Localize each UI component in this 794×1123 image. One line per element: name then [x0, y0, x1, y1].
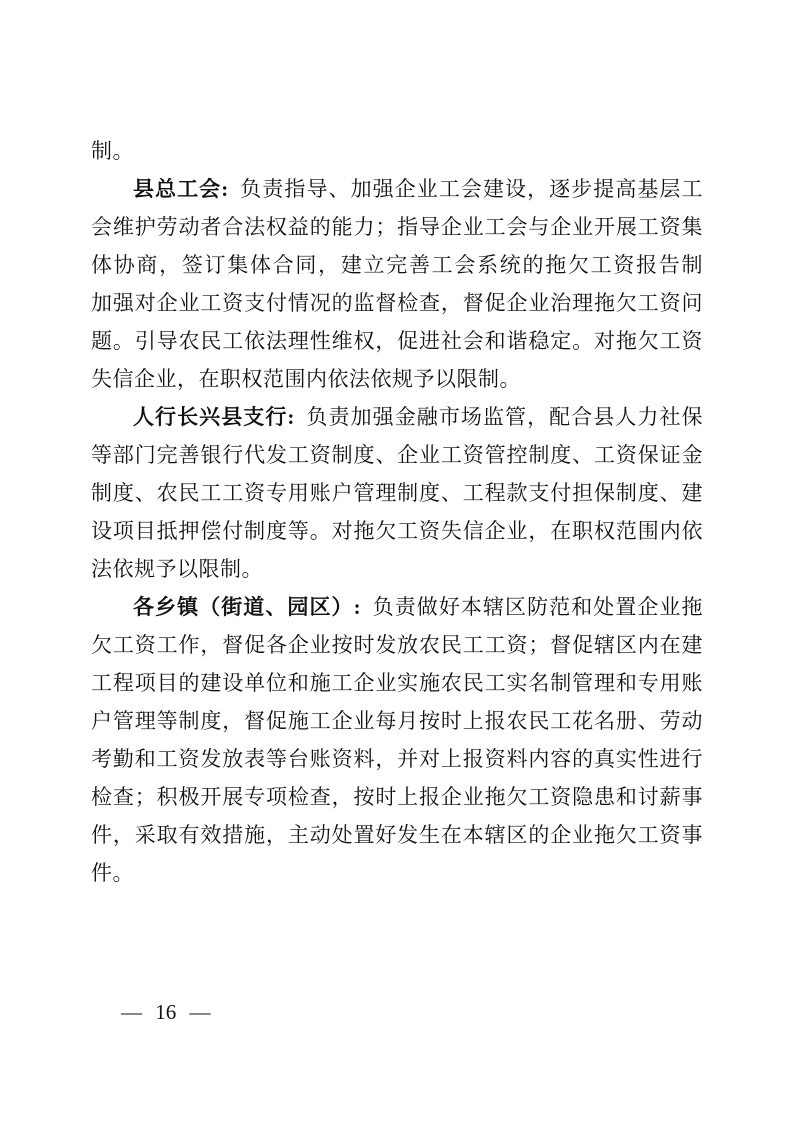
text-line: 件。: [91, 854, 703, 892]
page-footer: — 16 —: [121, 1000, 211, 1024]
text-line: 制。: [91, 132, 703, 170]
text-line: 各乡镇（街道、园区）:负责做好本辖区防范和处置企业拖: [91, 588, 703, 626]
text-line: 会维护劳动者合法权益的能力；指导企业工会与企业开展工资集: [91, 208, 703, 246]
text-line: 户管理等制度，督促施工企业每月按时上报农民工花名册、劳动: [91, 702, 703, 740]
text-line: 件，采取有效措施，主动处置好发生在本辖区的企业拖欠工资事: [91, 816, 703, 854]
paragraph-head: 人行长兴县支行:: [133, 405, 295, 429]
text-line: 欠工资工作，督促各企业按时发放农民工工资；督促辖区内在建: [91, 626, 703, 664]
text-line: 设项目抵押偿付制度等。对拖欠工资失信企业，在职权范围内依: [91, 512, 703, 550]
text-line: 工程项目的建设单位和施工企业实施农民工实名制管理和专用账: [91, 664, 703, 702]
text-line: 考勤和工资发放表等台账资料，并对上报资料内容的真实性进行: [91, 740, 703, 778]
page-number: — 16 —: [121, 1000, 211, 1024]
text-line: 县总工会:负责指导、加强企业工会建设，逐步提高基层工: [91, 170, 703, 208]
text-line: 制度、农民工工资专用账户管理制度、工程款支付担保制度、建: [91, 474, 703, 512]
text-line: 体协商，签订集体合同，建立完善工会系统的拖欠工资报告制度，: [91, 246, 703, 284]
paragraph-head: 各乡镇（街道、园区）:: [133, 595, 361, 619]
text-line: 失信企业，在职权范围内依法依规予以限制。: [91, 360, 703, 398]
paragraph-head: 县总工会:: [133, 177, 229, 201]
text-line: 加强对企业工资支付情况的监督检查，督促企业治理拖欠工资问: [91, 284, 703, 322]
text-line: 人行长兴县支行:负责加强金融市场监管，配合县人力社保: [91, 398, 703, 436]
document-body: 制。县总工会:负责指导、加强企业工会建设，逐步提高基层工会维护劳动者合法权益的能…: [91, 132, 703, 892]
text-line: 题。引导农民工依法理性维权，促进社会和谐稳定。对拖欠工资: [91, 322, 703, 360]
text-line: 检查；积极开展专项检查，按时上报企业拖欠工资隐患和讨薪事: [91, 778, 703, 816]
text-line: 法依规予以限制。: [91, 550, 703, 588]
document-page: 制。县总工会:负责指导、加强企业工会建设，逐步提高基层工会维护劳动者合法权益的能…: [0, 0, 794, 1123]
text-line: 等部门完善银行代发工资制度、企业工资管控制度、工资保证金: [91, 436, 703, 474]
